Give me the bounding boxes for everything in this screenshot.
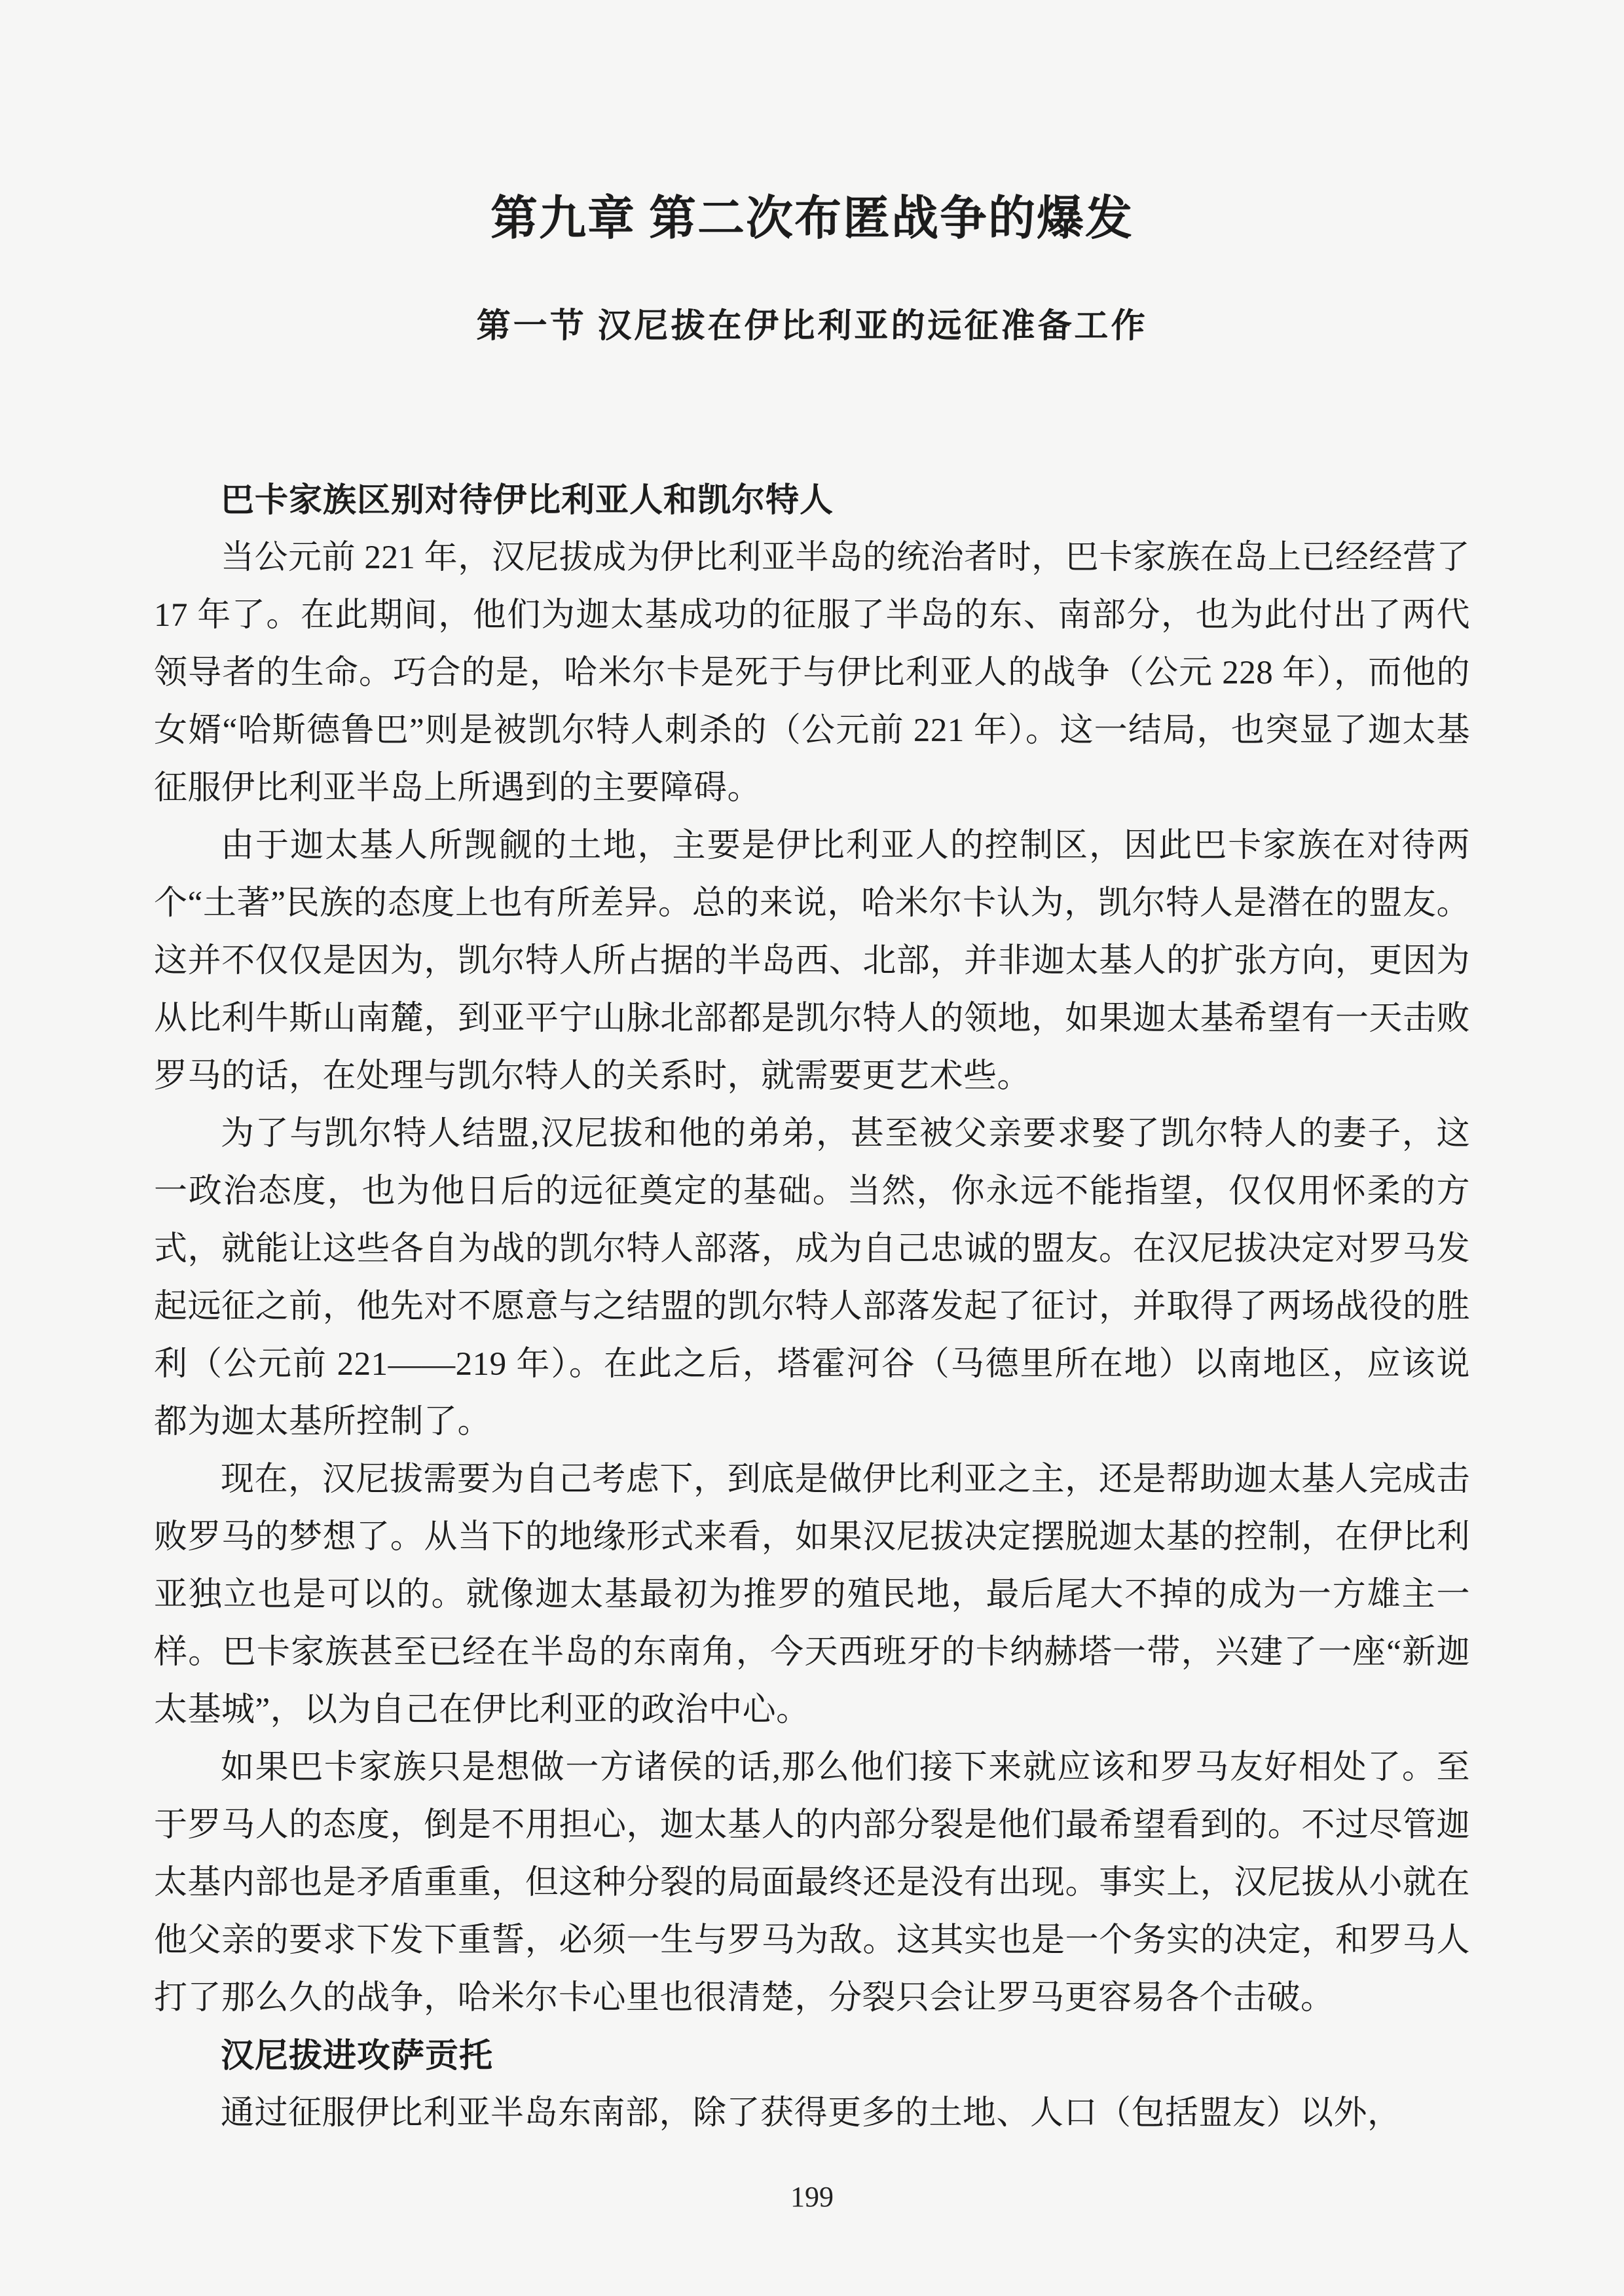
body-paragraph: 现在，汉尼拔需要为自己考虑下，到底是做伊比利亚之主，还是帮助迦太基人完成击败罗马… xyxy=(154,1451,1470,1739)
body-paragraph: 由于迦太基人所觊觎的土地，主要是伊比利亚人的控制区，因此巴卡家族在对待两个“土著… xyxy=(154,817,1470,1105)
body-paragraph: 为了与凯尔特人结盟,汉尼拔和他的弟弟，甚至被父亲要求娶了凯尔特人的妻子，这一政治… xyxy=(154,1105,1470,1451)
chapter-title: 第九章 第二次布匿战争的爆发 xyxy=(0,0,1624,246)
section-title: 第一节 汉尼拔在伊比利亚的远征准备工作 xyxy=(0,306,1624,347)
sub-heading-bakka-family: 巴卡家族区别对待伊比利亚人和凯尔特人 xyxy=(154,471,1470,529)
page-content: 巴卡家族区别对待伊比利亚人和凯尔特人 当公元前 221 年，汉尼拔成为伊比利亚半… xyxy=(154,471,1470,2142)
body-paragraph: 当公元前 221 年，汉尼拔成为伊比利亚半岛的统治者时，巴卡家族在岛上已经经营了… xyxy=(154,529,1470,817)
book-page: 第九章 第二次布匿战争的爆发 第一节 汉尼拔在伊比利亚的远征准备工作 巴卡家族区… xyxy=(0,0,1624,2296)
sub-heading-hannibal-saguntum: 汉尼拔进攻萨贡托 xyxy=(154,2027,1470,2085)
page-number: 199 xyxy=(0,2179,1624,2215)
body-paragraph: 通过征服伊比利亚半岛东南部，除了获得更多的土地、人口（包括盟友）以外， xyxy=(154,2085,1470,2142)
body-paragraph: 如果巴卡家族只是想做一方诸侯的话,那么他们接下来就应该和罗马友好相处了。至于罗马… xyxy=(154,1739,1470,2027)
